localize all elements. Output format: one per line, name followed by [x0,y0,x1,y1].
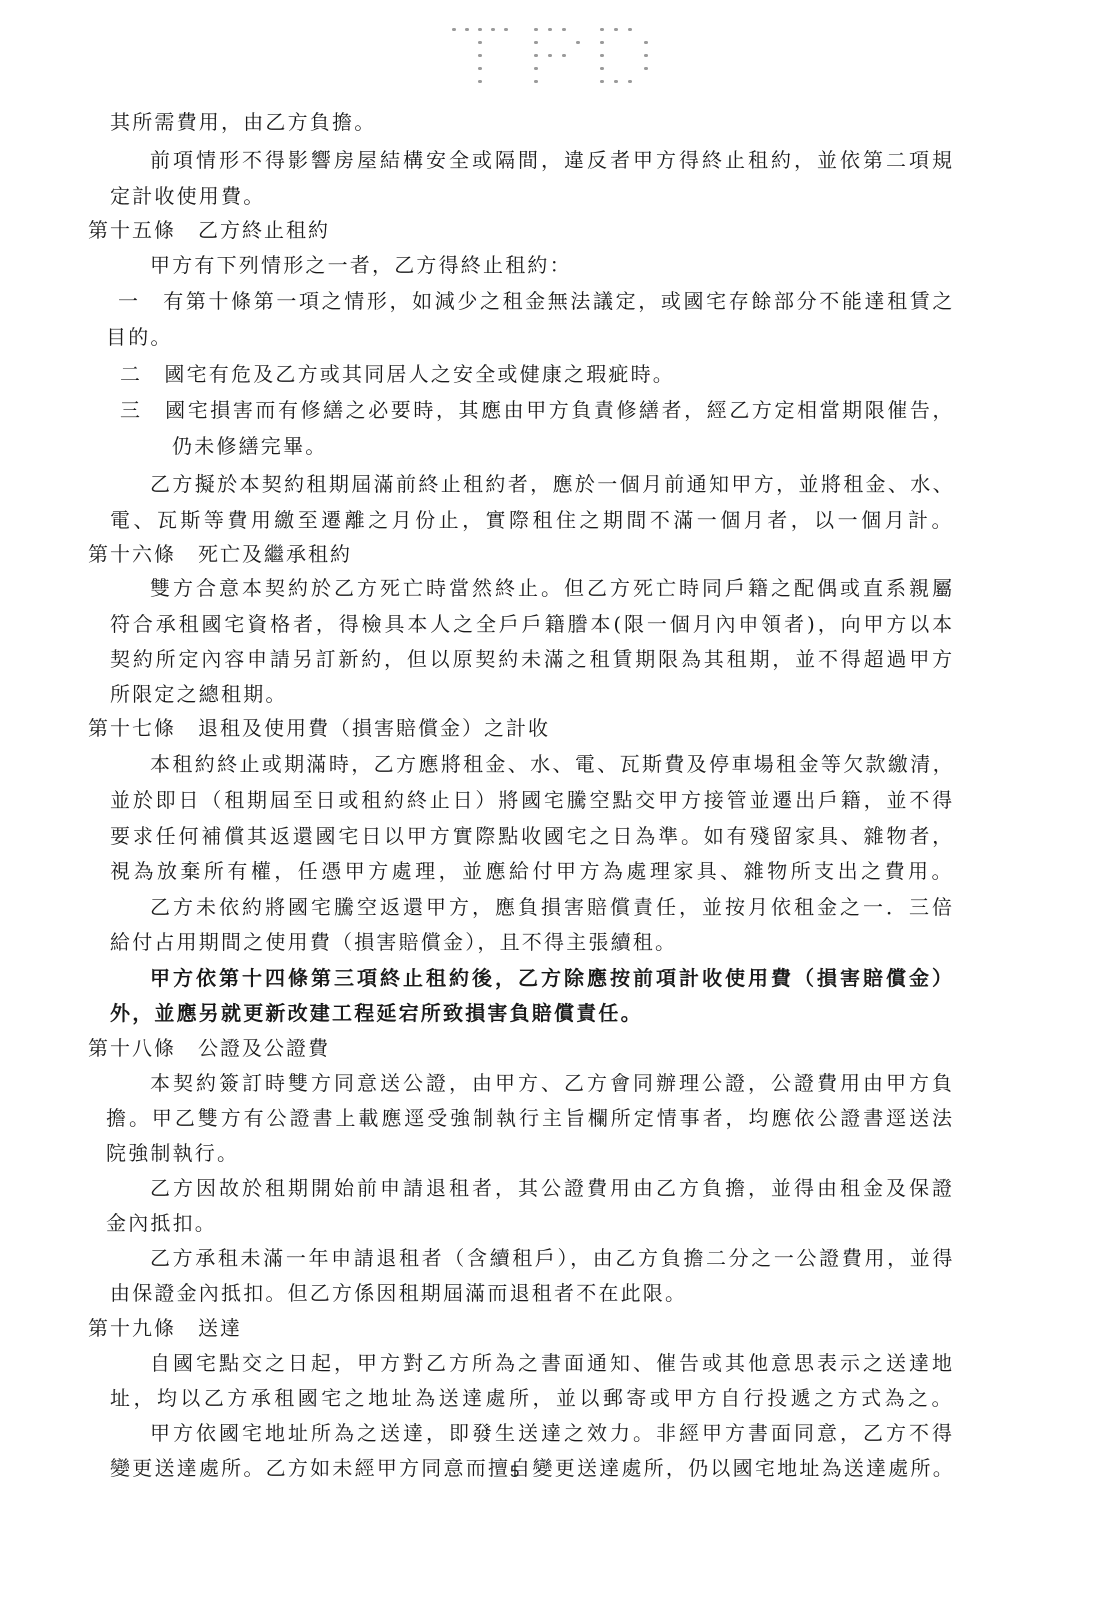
paragraph-line: 仍未修繕完畢。 [172,432,327,460]
paragraph-line: 定計收使用費。 [110,182,265,210]
paragraph-line: 二 國宅有危及乙方或其同居人之安全或健康之瑕疵時。 [120,360,675,388]
paragraph-line: 乙方因故於租期開始前申請退租者，其公證費用由乙方負擔，並得由租金及保證 [150,1174,955,1202]
paragraph-line: 契約所定內容申請另訂新約，但以原契約未滿之租賃期限為其租期，並不得超過甲方 [110,645,955,673]
paragraph-line: 乙方承租未滿一年申請退租者（含續租戶），由乙方負擔二分之一公證費用，並得 [150,1244,955,1272]
paragraph-line: 外，並應另就更新改建工程延宕所致損害負賠償責任。 [110,999,643,1027]
paragraph-line: 甲方依國宅地址所為之送達，即發生送達之效力。非經甲方書面同意，乙方不得 [150,1419,955,1447]
paragraph-line: 甲方有下列情形之一者，乙方得終止租約： [150,251,572,279]
paragraph-line: 三 國宅損害而有修繕之必要時，其應由甲方負責修繕者，經乙方定相當期限催告， [120,396,955,424]
document-page: 其所需費用，由乙方負擔。前項情形不得影響房屋結構安全或隔間，違反者甲方得終止租約… [0,0,1101,1600]
paragraph-line: 所限定之總租期。 [110,680,288,708]
article-heading: 第十六條 死亡及繼承租約 [88,540,352,568]
article-heading: 第十九條 送達 [88,1314,242,1342]
paragraph-line: 目的。 [106,323,173,351]
paragraph-line: 本契約簽訂時雙方同意送公證，由甲方、乙方會同辦理公證，公證費用由甲方負 [150,1069,955,1097]
paragraph-line: 乙方未依約將國宅騰空返還甲方，應負損害賠償責任，並按月依租金之一．三倍 [150,893,955,921]
paragraph-line: 要求任何補償其返還國宅日以甲方實際點收國宅之日為準。如有殘留家具、雜物者， [110,822,955,850]
paragraph-line: 金內抵扣。 [106,1209,217,1237]
paragraph-line: 雙方合意本契約於乙方死亡時當然終止。但乙方死亡時同戶籍之配偶或直系親屬 [150,574,955,602]
paragraph-line: 符合承租國宅資格者，得檢具本人之全戶戶籍謄本(限一個月內申領者)，向甲方以本 [110,610,955,638]
paragraph-line: 本租約終止或期滿時，乙方應將租金、水、電、瓦斯費及停車場租金等欠款繳清， [150,750,955,778]
paragraph-line: 給付占用期間之使用費（損害賠償金），且不得主張續租。 [110,928,677,956]
paragraph-line: 乙方擬於本契約租期屆滿前終止租約者，應於一個月前通知甲方，並將租金、水、 [150,470,955,498]
paragraph-line: 一 有第十條第一項之情形，如減少之租金無法議定，或國宅存餘部分不能達租賃之 [118,287,955,315]
article-heading: 第十七條 退租及使用費（損害賠償金）之計收 [88,714,550,742]
article-heading: 第十八條 公證及公證費 [88,1034,330,1062]
paragraph-line: 其所需費用，由乙方負擔。 [110,108,376,136]
paragraph-line: 甲方依第十四條第三項終止租約後，乙方除應按前項計收使用費（損害賠償金） [150,964,955,992]
paragraph-line: 前項情形不得影響房屋結構安全或隔間，違反者甲方得終止租約，並依第二項規 [150,146,955,174]
tpo-stamp-icon [452,28,652,98]
paragraph-line: 視為放棄所有權，任憑甲方處理，並應給付甲方為處理家具、雜物所支出之費用。 [110,857,955,885]
paragraph-line: 址，均以乙方承租國宅之地址為送達處所，並以郵寄或甲方自行投遞之方式為之。 [110,1384,955,1412]
article-heading: 第十五條 乙方終止租約 [88,216,330,244]
paragraph-line: 由保證金內抵扣。但乙方係因租期屆滿而退租者不在此限。 [110,1279,687,1307]
paragraph-line: 院強制執行。 [106,1139,239,1167]
paragraph-line: 擔。甲乙雙方有公證書上載應逕受強制執行主旨欄所定情事者，均應依公證書逕送法 [106,1104,955,1132]
paragraph-line: 自國宅點交之日起，甲方對乙方所為之書面通知、催告或其他意思表示之送達地 [150,1349,955,1377]
paragraph-line: 變更送達處所。乙方如未經甲方同意而擅自變更送達處所，仍以國宅地址為送達處所。 [110,1454,955,1482]
paragraph-line: 電、瓦斯等費用繳至遷離之月份止，實際租住之期間不滿一個月者，以一個月計。 [110,506,955,534]
paragraph-line: 並於即日（租期屆至日或租約終止日）將國宅騰空點交甲方接管並遷出戶籍，並不得 [110,786,955,814]
page-number: 5 [510,1462,519,1482]
